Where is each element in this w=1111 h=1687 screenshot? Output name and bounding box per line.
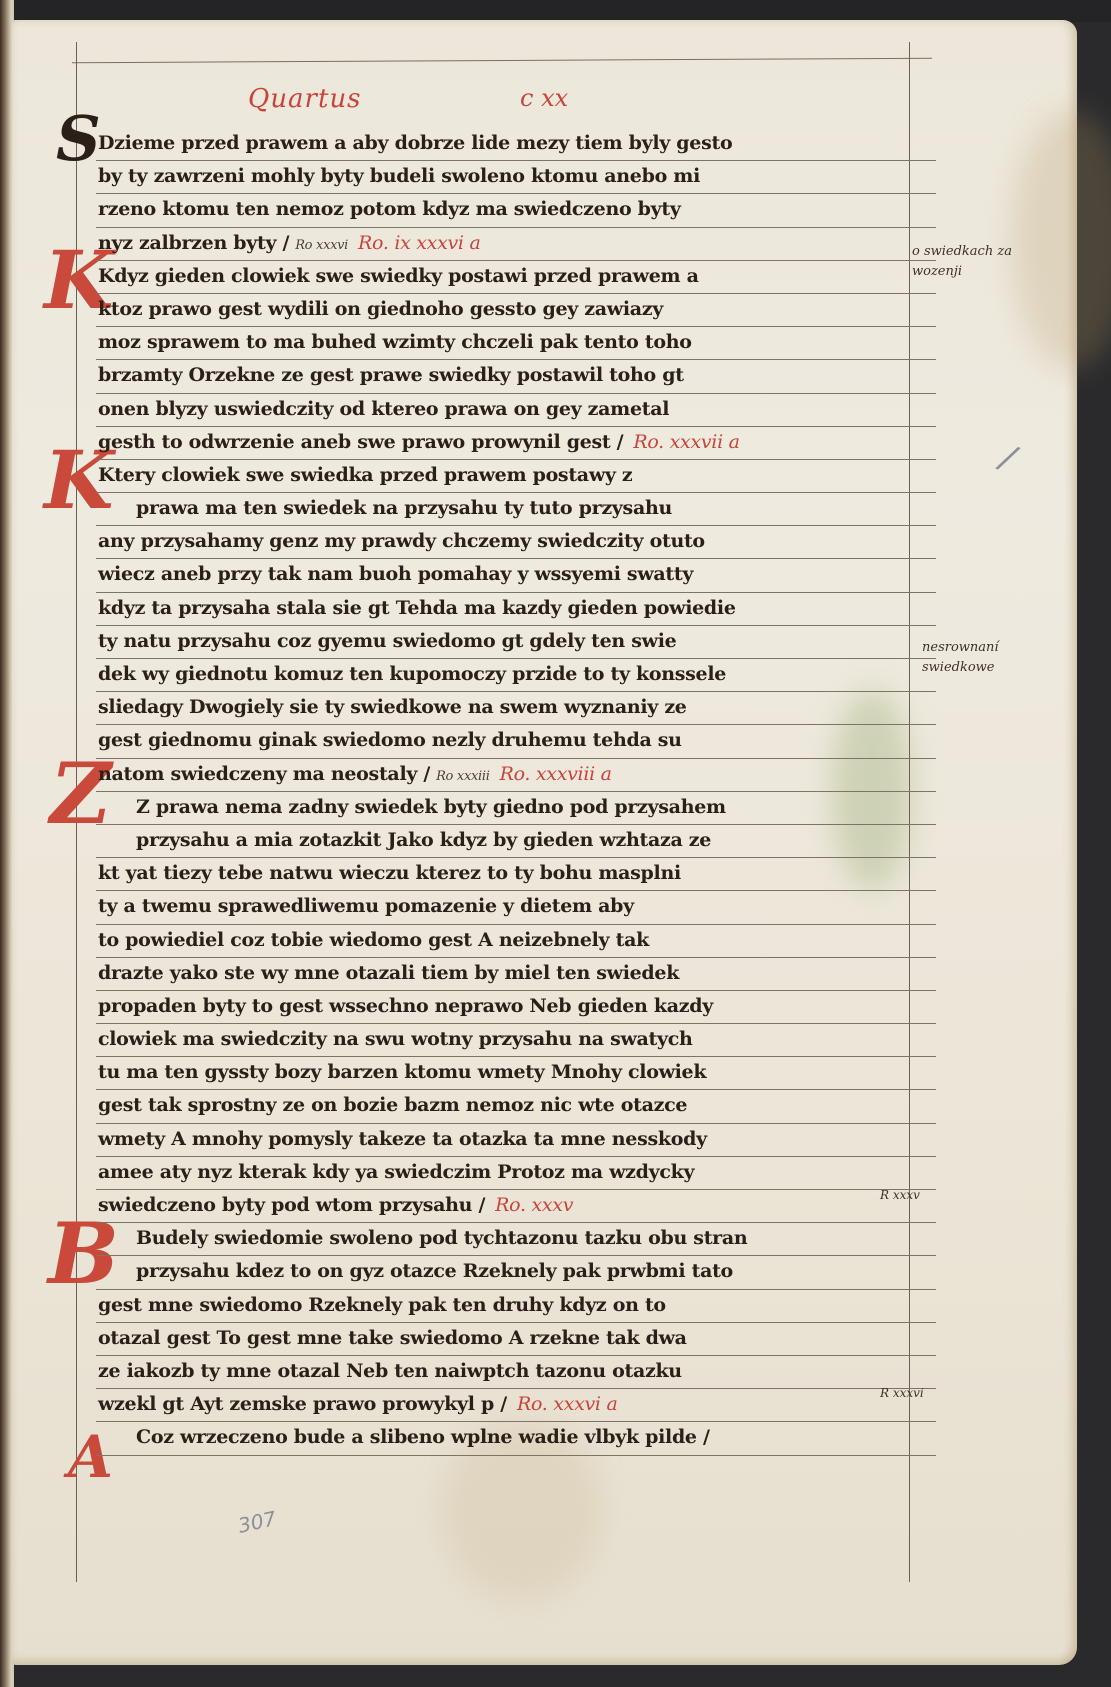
text-line: Coz wrzeczeno bude a slibeno wplne wadie… bbox=[96, 1422, 936, 1455]
text-line: Z prawa nema zadny swiedek byty giedno p… bbox=[96, 792, 936, 825]
margin-note: R xxxvi bbox=[880, 1386, 924, 1400]
rubric: Ro. xxxvi a bbox=[517, 1393, 618, 1415]
text-line: przysahu kdez to on gyz otazce Rzeknely … bbox=[96, 1256, 936, 1289]
initial-letter: S bbox=[56, 108, 101, 170]
text-line: by ty zawrzeni mohly byty budeli swoleno… bbox=[96, 161, 936, 194]
text-line: przysahu a mia zotazkit Jako kdyz by gie… bbox=[96, 825, 936, 858]
text-line: nyz zalbrzen byty /Ro xxxviRo. ix xxxvi … bbox=[96, 228, 936, 261]
text-line: to powiediel coz tobie wiedomo gest A ne… bbox=[96, 925, 936, 958]
pencil-foliation: 307 bbox=[236, 1506, 278, 1537]
text-line: ty natu przysahu coz gyemu swiedomo gt g… bbox=[96, 626, 936, 659]
stain bbox=[1012, 110, 1111, 370]
text-line: gesth to odwrzenie aneb swe prawo prowyn… bbox=[96, 427, 936, 460]
rubric: Ro. xxxvii a bbox=[633, 431, 739, 453]
folio-number: c xx bbox=[520, 84, 568, 112]
text-line: propaden byty to gest wssechno neprawo N… bbox=[96, 991, 936, 1024]
text-line: kdyz ta przysaha stala sie gt Tehda ma k… bbox=[96, 593, 936, 626]
text-block: Dzieme przed prawem a aby dobrze lide me… bbox=[96, 128, 936, 1456]
rubric: Ro. xxxv bbox=[495, 1194, 573, 1216]
text-line: gest mne swiedomo Rzeknely pak ten druhy… bbox=[96, 1290, 936, 1323]
text-line: Ktery clowiek swe swiedka przed prawem p… bbox=[96, 460, 936, 493]
margin-note: R xxxv bbox=[880, 1188, 920, 1202]
text-line: rzeno ktomu ten nemoz potom kdyz ma swie… bbox=[96, 194, 936, 227]
text-line: natom swiedczeny ma neostaly /Ro xxxiiiR… bbox=[96, 759, 936, 792]
text-line: Budely swiedomie swoleno pod tychtazonu … bbox=[96, 1223, 936, 1256]
text-line: drazte yako ste wy mne otazali tiem by m… bbox=[96, 958, 936, 991]
text-line: wmety A mnohy pomysly takeze ta otazka t… bbox=[96, 1124, 936, 1157]
text-line: sliedagy Dwogiely sie ty swiedkowe na sw… bbox=[96, 692, 936, 725]
margin-note: nesrownaní swiedkowe bbox=[922, 638, 1052, 678]
interlinear-note: Ro xxxiii bbox=[436, 769, 490, 784]
rubric: Ro. xxxviii a bbox=[500, 763, 612, 785]
text-line: otazal gest To gest mne take swiedomo A … bbox=[96, 1323, 936, 1356]
text-line: dek wy giednotu komuz ten kupomoczy przi… bbox=[96, 659, 936, 692]
running-title: Quartus bbox=[248, 84, 362, 114]
text-line: Kdyz gieden clowiek swe swiedky postawi … bbox=[96, 261, 936, 294]
text-line: prawa ma ten swiedek na przysahu ty tuto… bbox=[96, 493, 936, 526]
pencil-mark: / bbox=[996, 437, 1020, 479]
running-header: Quartus c xx bbox=[12, 82, 1077, 122]
text-line: gest tak sprostny ze on bozie bazm nemoz… bbox=[96, 1090, 936, 1123]
text-line: tu ma ten gyssty bozy barzen ktomu wmety… bbox=[96, 1057, 936, 1090]
text-line: brzamty Orzekne ze gest prawe swiedky po… bbox=[96, 360, 936, 393]
top-ruling bbox=[72, 58, 932, 64]
text-line: onen blyzy uswiedczity od ktereo prawa o… bbox=[96, 394, 936, 427]
interlinear-note: Ro xxxvi bbox=[295, 238, 348, 253]
text-line: ty a twemu sprawedliwemu pomazenie y die… bbox=[96, 891, 936, 924]
text-line: wzekl gt Ayt zemske prawo prowykyl p /Ro… bbox=[96, 1389, 936, 1422]
text-line: gest giednomu ginak swiedomo nezly druhe… bbox=[96, 725, 936, 758]
text-line: kt yat tiezy tebe natwu wieczu kterez to… bbox=[96, 858, 936, 891]
text-line: Dzieme przed prawem a aby dobrze lide me… bbox=[96, 128, 936, 161]
text-line: amee aty nyz kterak kdy ya swiedczim Pro… bbox=[96, 1157, 936, 1190]
text-line: ze iakozb ty mne otazal Neb ten naiwptch… bbox=[96, 1356, 936, 1389]
text-line: any przysahamy genz my prawdy chczemy sw… bbox=[96, 526, 936, 559]
text-line: swiedczeno byty pod wtom przysahu /Ro. x… bbox=[96, 1190, 936, 1223]
manuscript-page: Quartus c xx S K K Z B A Dzieme przed pr… bbox=[12, 20, 1077, 1665]
scan-background-top bbox=[0, 0, 1111, 22]
rubric: Ro. ix xxxvi a bbox=[358, 232, 480, 254]
margin-note: o swiedkach za wozenji bbox=[912, 242, 1042, 282]
text-line: ktoz prawo gest wydili on giednoho gesst… bbox=[96, 294, 936, 327]
text-line: wiecz aneb przy tak nam buoh pomahay y w… bbox=[96, 559, 936, 592]
text-line: moz sprawem to ma buhed wzimty chczeli p… bbox=[96, 327, 936, 360]
text-line: clowiek ma swiedczity na swu wotny przys… bbox=[96, 1024, 936, 1057]
